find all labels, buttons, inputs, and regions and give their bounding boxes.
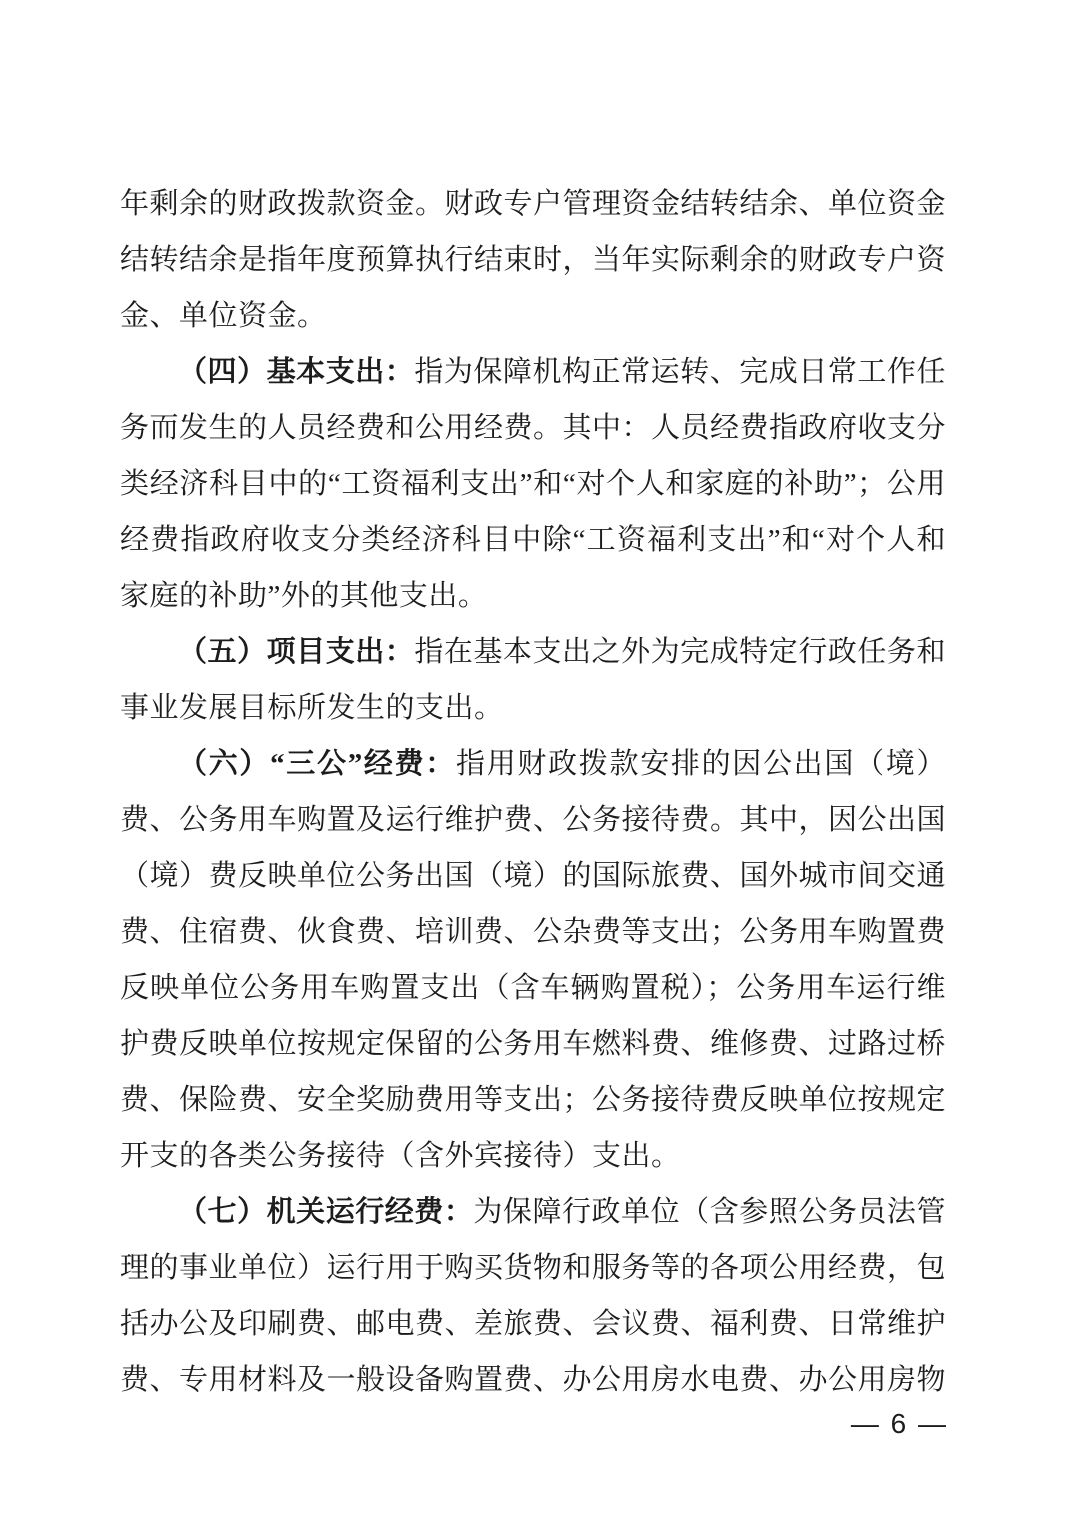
paragraph: （四）基本支出：指为保障机构正常运转、完成日常工作任务而发生的人员经费和公用经费… bbox=[120, 344, 946, 624]
page-number: — 6 — bbox=[851, 1408, 948, 1440]
paragraph-body: 指为保障机构正常运转、完成日常工作任务而发生的人员经费和公用经费。其中：人员经费… bbox=[120, 356, 946, 612]
paragraph: （五）项目支出：指在基本支出之外为完成特定行政任务和事业发展目标所发生的支出。 bbox=[120, 624, 946, 736]
paragraph-lead: （四）基本支出： bbox=[178, 356, 414, 388]
paragraph-body: 年剩余的财政拨款资金。财政专户管理资金结转结余、单位资金结转结余是指年度预算执行… bbox=[120, 188, 946, 332]
paragraph-lead: （六）“三公”经费： bbox=[178, 748, 456, 780]
paragraph: 年剩余的财政拨款资金。财政专户管理资金结转结余、单位资金结转结余是指年度预算执行… bbox=[120, 176, 946, 344]
paragraph: （七）机关运行经费：为保障行政单位（含参照公务员法管理的事业单位）运行用于购买货… bbox=[120, 1184, 946, 1408]
document-body: 年剩余的财政拨款资金。财政专户管理资金结转结余、单位资金结转结余是指年度预算执行… bbox=[120, 176, 946, 1408]
paragraph-lead: （五）项目支出： bbox=[178, 636, 414, 668]
paragraph-body: 指用财政拨款安排的因公出国（境）费、公务用车购置及运行维护费、公务接待费。其中，… bbox=[120, 748, 946, 1172]
paragraph-lead: （七）机关运行经费： bbox=[178, 1196, 473, 1228]
paragraph: （六）“三公”经费：指用财政拨款安排的因公出国（境）费、公务用车购置及运行维护费… bbox=[120, 736, 946, 1184]
